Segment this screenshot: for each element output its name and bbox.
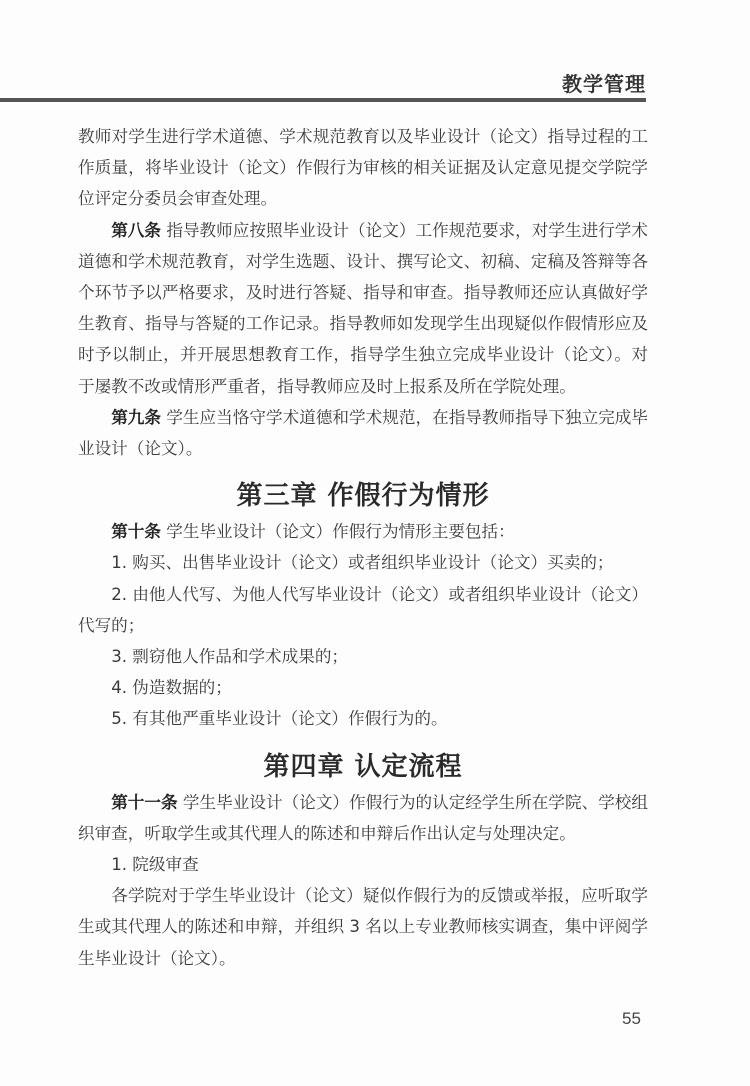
article-label: 第十一条	[111, 793, 177, 812]
article-label: 第十条	[111, 522, 161, 541]
article-label: 第八条	[111, 221, 161, 240]
article-label: 第九条	[111, 408, 161, 427]
article-text: 学生毕业设计（论文）作假行为情形主要包括：	[161, 522, 515, 541]
running-header-title: 教学管理	[562, 68, 646, 97]
list-item: 2. 由他人代写、为他人代写毕业设计（论文）或者组织毕业设计（论文）代写的；	[78, 579, 648, 641]
page-body: 教师对学生进行学术道德、学术规范教育以及毕业设计（论文）指导过程的工作质量，将毕…	[78, 121, 648, 974]
list-item: 1. 购买、出售毕业设计（论文）或者组织毕业设计（论文）买卖的；	[78, 547, 648, 578]
article-10: 第十条 学生毕业设计（论文）作假行为情形主要包括：	[78, 516, 648, 547]
chapter-3-heading: 第三章 作假行为情形	[78, 478, 648, 514]
article-9: 第九条 学生应当恪守学术道德和学术规范，在指导教师指导下独立完成毕业设计（论文）…	[78, 402, 648, 464]
article-text: 学生应当恪守学术道德和学术规范，在指导教师指导下独立完成毕业设计（论文）。	[78, 408, 648, 458]
header-rule	[0, 98, 646, 102]
article-text: 指导教师应按照毕业设计（论文）工作规范要求，对学生进行学术道德和学术规范教育，对…	[78, 221, 648, 396]
chapter-4-heading: 第四章 认定流程	[78, 749, 648, 785]
page-number: 55	[622, 1009, 641, 1029]
subsection-text: 各学院对于学生毕业设计（论文）疑似作假行为的反馈或举报，应听取学生或其代理人的陈…	[78, 880, 648, 974]
list-item: 3. 剽窃他人作品和学术成果的；	[78, 641, 648, 672]
article-8: 第八条 指导教师应按照毕业设计（论文）工作规范要求，对学生进行学术道德和学术规范…	[78, 215, 648, 402]
list-item: 5. 有其他严重毕业设计（论文）作假行为的。	[78, 703, 648, 734]
subsection-title: 1. 院级审查	[78, 849, 648, 880]
list-item: 4. 伪造数据的；	[78, 672, 648, 703]
paragraph-continued: 教师对学生进行学术道德、学术规范教育以及毕业设计（论文）指导过程的工作质量，将毕…	[78, 121, 648, 215]
article-11: 第十一条 学生毕业设计（论文）作假行为的认定经学生所在学院、学校组织审查，听取学…	[78, 787, 648, 849]
